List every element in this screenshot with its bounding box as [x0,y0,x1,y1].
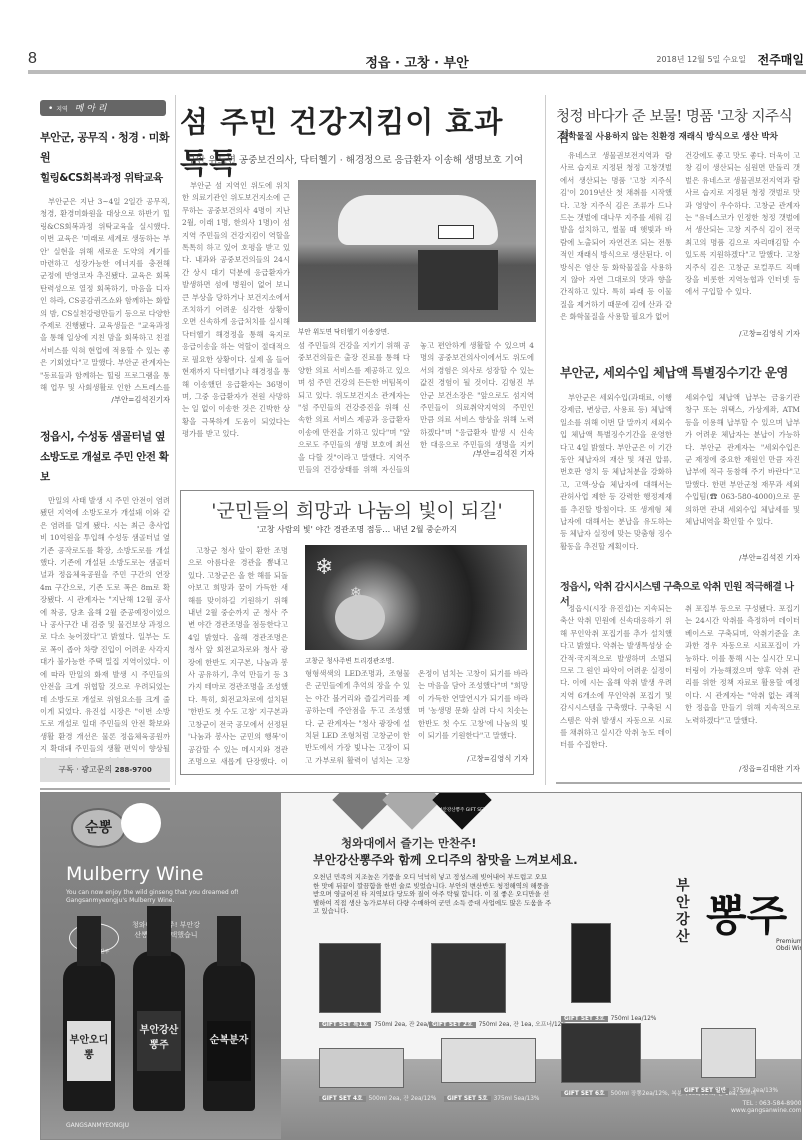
gift-set-5: GIFT SET 5호375ml 5ea/13% [444,1093,539,1102]
ad-headline1: 청와대에서 즐기는 만찬주! [341,835,476,851]
odor-col2: 취 포집부 등으로 구성됐다. 포집기는 24시간 악취를 측정하여 데이터베이… [685,603,800,774]
gift-set-4-image [319,1048,404,1088]
ad-title: Mulberry Wine [66,863,203,885]
product-name-vertical: 부안강산 [676,878,696,946]
ad-headline2: 부안강산뽕주와 함께 오디주의 참맛을 느껴보세요. [313,851,578,868]
byline: /고창=김영식 기자 [418,753,528,764]
main-article-col2: 섬 주민들의 건강을 지키기 위해 공중보건의들은 출장 진료를 통해 다양한 … [298,340,410,475]
article-body: 세외수입 체납액 납부는 금융기관 창구 또는 위택스, 가상계좌, ATM 등… [685,392,800,552]
byline: /정읍=김대완 기자 [685,763,800,774]
article-body: 취 포집부 등으로 구성됐다. 포집기는 24시간 악취를 측정하여 데이터베이… [685,603,800,763]
boxed-col1: 고창군 청사 앞이 환한 조명으로 아름다운 경관을 뽐내고 있다. 고창군은 … [188,545,288,767]
subscription-label: 구독 · 광고문의 [58,765,112,774]
tax-col2: 세외수입 체납액 납부는 금융기관 창구 또는 위택스, 가상계좌, ATM 등… [685,392,800,563]
product-en: Premium Obdi Wine [776,938,802,952]
tax-headline: 부안군, 세외수입 체납액 특별징수기간 운영 [560,363,800,381]
ad-website: www.gangsanwine.com [731,1107,802,1114]
boxed-subhead: '고창 사람의 빛' 야간 경관조명 점등… 내년 2월 중순까지 [180,524,534,535]
gift-set-6-image [561,1023,641,1083]
column-divider [175,95,176,785]
laver-col2: 건강에도 좋고 맛도 좋다. 더욱이 고창 김이 생산되는 심원면 만돌리 갯벌… [685,150,800,339]
gift-set-3: GIFT SET 3호750ml 1ea/12% [561,1013,656,1022]
carriage-shape [335,595,385,640]
article-body: 부안군은 지난 3~4일 2일간 공무직, 청경, 환경미화원을 대상으로 하반… [40,196,170,394]
diamond-label: 부안강산뽕주 GIFT SET [438,807,486,813]
mascot-icon [121,803,161,843]
helicopter-shape [338,195,498,245]
brand-logo: 순뽕 [71,808,126,848]
headline: 부안군, 공무직 · 청경 · 미화원 [40,128,170,168]
boxed-headline: '군민들의 희망과 나눔의 빛이 되길' [180,496,534,523]
tag-small: 지역 [56,106,68,113]
article-body: 온정이 넘치는 고창이 되기를 바라는 마음을 담아 조성했다"며 "희망이 가… [418,668,528,753]
headline-line2: 힐링&CS회복과정 위탁교육 [40,168,170,188]
main-subhead: 부안 위도면 공중보건의사, 닥터헬기 · 해경정으로 응급환자 이송해 생명보… [180,152,530,166]
byline: /부안=김석진 기자 [420,448,534,459]
boxed-col3: 온정이 넘치는 고창이 되기를 바라는 마음을 담아 조성했다"며 "희망이 가… [418,668,528,764]
ad-left-panel: 순뽕 Mulberry Wine You can now enjoy the w… [41,793,281,1140]
ad-phone: TEL : 063-584-8900 [731,1100,802,1107]
gift-set-5-image [441,1038,536,1083]
ad-tagline: You can now enjoy the wild ginseng that … [66,889,266,905]
article-body: 놓고 편안하게 생활할 수 있으며 4명의 공중보건의사이에서도 위도에서의 경… [420,340,534,448]
column-tag: • 지역 메 아 리 [40,100,166,116]
subscription-box: 구독 · 광고문의 288-9700 [40,758,170,782]
ad-brand: GANGSANMYEONGJU [66,1122,129,1129]
article-body: 건강에도 좋고 맛도 좋다. 더욱이 고창 김이 생산되는 심원면 만돌리 갯벌… [685,150,800,328]
photo-caption: 부안 위도면 닥터헬기 이송장면. [298,326,389,336]
divider [556,782,802,784]
bottle-2: 부안강산뽕주 [133,951,185,1111]
byline: /부안=김석진 기자 [685,552,800,563]
tax-col1: 부안군은 세외수입(과태료, 이행강제금, 변상금, 사용료 등) 체납액 일소… [560,392,672,564]
newspaper-name: 전주매일 [758,51,804,68]
bottle-1: 부안오디뽕 [63,961,115,1111]
byline: /부안=김석진기자 [40,394,170,405]
gift-set-2: GIFT SET 2호750ml 2ea, 잔 1ea, 오프너/12% [429,1019,567,1028]
main-headline: 섬 주민 건강지킴이 효과 톡톡 [180,100,530,182]
gift-set-1: GIFT SET 특1호750ml 2ea, 잔 2ea/16% [319,1019,442,1028]
issue-date: 2018년 12월 5일 수요일 [656,54,746,65]
column-divider [545,95,546,785]
divider [40,788,170,790]
lights-photo: ❄ ❄ [305,545,527,650]
gift-set-7: GIFT SET 일반375ml 2ea/13% [681,1085,778,1094]
article-bunan-training: 부안군, 공무직 · 청경 · 미화원 힐링&CS회복과정 위탁교육 부안군은 … [40,128,170,405]
main-article-col3: 놓고 편안하게 생활할 수 있으며 4명의 공중보건의사이에서도 위도에서의 경… [420,340,534,459]
gift-set-7-image [701,1028,756,1078]
left-column: • 지역 메 아 리 부안군, 공무직 · 청경 · 미화원 힐링&CS회복과정… [40,100,170,778]
snowflake-icon: ❄ [315,555,333,580]
odor-col1: 정읍시(시장 유진섭)는 지속되는 축산 악취 민원에 신속대응하기 위해 무인… [560,603,672,773]
helicopter-photo [298,180,536,322]
byline: /고창=김영식 기자 [685,328,800,339]
laver-subhead: 화학물질 사용하지 않는 친환경 재래식 방식으로 생산 박차 [560,130,800,142]
article-body: 만일의 사태 발생 시 주민 안전이 염려됐던 지역에 소방도로가 개설돼 이와… [40,495,170,767]
headline-line2: 소방도로 개설로 주민 안전 확보 [40,447,170,487]
tag-title: 메 아 리 [75,104,107,114]
people-group [418,250,498,310]
subscription-phone: 288-9700 [115,766,152,774]
photo-caption: 고창군 청사주변 트리경관조명. [305,655,394,665]
bottle-3: 순복분자 [203,961,255,1111]
header-rule [28,70,806,74]
mulberry-wine-ad: 순뽕 Mulberry Wine You can now enjoy the w… [40,792,802,1140]
ad-body: 오천년 민족의 지조높은 기품을 오디 넉넉히 넣고 정성스레 빚어내어 부드럽… [313,873,553,916]
ad-contact: TEL : 063-584-8900 www.gangsanwine.com [731,1100,802,1114]
gift-set-4: GIFT SET 4호500ml 2ea, 잔 2ea/12% [319,1093,436,1102]
helicopter-mark [438,225,474,239]
laver-col1: 유네스코 생물권보전지역과 람사르 습지로 지정된 청정 고창갯벌에서 생산되는… [560,150,672,340]
gift-set-1-image [319,943,381,1013]
tag-bullet-icon: • [48,104,53,114]
main-article-col1: 부안군 섬 지역인 위도에 위치한 의료기관인 위도보건지소에 근무하는 공중보… [182,180,290,475]
product-name: 뽕주 [706,883,787,943]
article-jeongeup-fireroad: 정읍시, 수성동 샘골터널 옆 소방도로 개설로 주민 안전 확보 만일의 사태… [40,427,170,778]
gift-set-2-image [431,943,506,1013]
gift-set-3-image [571,923,611,1003]
headline: 정읍시, 수성동 샘골터널 옆 [40,427,170,447]
boxed-col2: 형형색색의 LED조명과, 조형물은 군민들에게 추억의 장을 수 있는 야간 … [305,668,410,768]
